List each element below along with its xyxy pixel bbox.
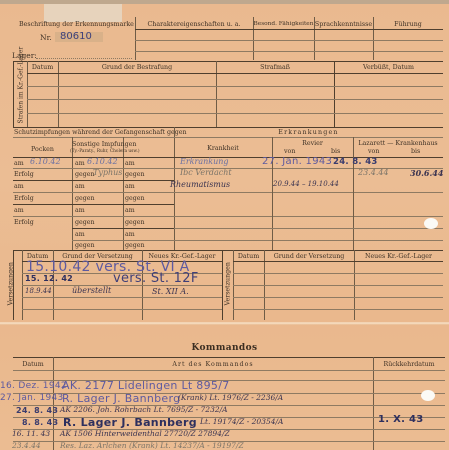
col-sonstige: Sonstige Impfungen: [72, 141, 123, 148]
vac-cell: am: [75, 183, 85, 190]
kommando-6-art: Res. Laz. Arlchen (Krank) Lt. 14237/A - …: [60, 441, 244, 450]
vac-cell: gegen: [75, 171, 95, 178]
col-pocken: Pocken: [13, 146, 72, 153]
transfers-side-label-left: Versetzungen: [8, 266, 15, 306]
kommando-1-date: 16. Dez. 1942: [0, 381, 67, 391]
vac-pocken-date: 6.10.42: [30, 157, 61, 166]
vaccinations-label: Schutzimpfungen während der Gefangenscha…: [14, 129, 187, 136]
nr-label: Nr.: [40, 34, 52, 41]
kommando-4-date: 8. 8. 43: [22, 418, 58, 427]
vac-cell: am: [75, 160, 85, 167]
transfer-2-date: 15. 12. 42: [25, 274, 73, 283]
laz-von: von: [368, 148, 379, 155]
kommando-5-date: 16. 11. 43: [12, 429, 50, 438]
vac-cell: am: [125, 160, 135, 167]
vac-cell: am: [14, 207, 24, 214]
col-k-rueckkehr: Rückkehrdatum: [373, 361, 445, 368]
col-tr2-datum: Datum: [233, 253, 264, 260]
vac-cell: gegen: [125, 242, 145, 249]
illness-1-revier-bis: 24. 8. 43: [333, 157, 378, 167]
vac-cell: am: [14, 183, 24, 190]
vac-cell: gegen: [125, 195, 145, 202]
vac-cell: gegen: [75, 242, 95, 249]
id-tag-label: Beschriftung der Erkennungsmarke: [19, 21, 134, 28]
col-abilities: Besond. Fähigkeiten: [253, 21, 314, 28]
vac-cell: gegen: [125, 171, 145, 178]
lager-field: [36, 58, 132, 59]
vac-cell: am: [75, 231, 85, 238]
vac-cell: am: [125, 183, 135, 190]
vac-other-against: Typhus: [93, 168, 122, 177]
col-character: Charaktereigenschaften u. a.: [135, 21, 253, 28]
kommando-1-art: AK. 2177 Lidelingen Lt 895/7: [62, 379, 230, 392]
vac-cell: Erfolg: [14, 171, 34, 178]
vac-cell: gegen: [125, 219, 145, 226]
laz-bis: bis: [411, 148, 420, 155]
vac-cell: Erfolg: [14, 195, 34, 202]
nr-value: 80610: [60, 31, 92, 42]
punishments-side-label: Strafen im Kr.-Gef.-Lager: [18, 60, 25, 124]
illness-2-laz-von: 23.4.44: [358, 168, 389, 177]
punch-hole: [424, 218, 438, 229]
kommando-5-art: AK 1506 Hinterweidenthal 27720/Z 27894/Z: [60, 429, 230, 438]
kommando-2-art: R. Lager J. Bannberg: [62, 392, 180, 405]
col-krankheit: Krankheit: [174, 145, 272, 152]
transfer-3-camp: St. XII A.: [152, 287, 189, 296]
col-conduct: Führung: [373, 21, 443, 28]
pow-record-card: Beschriftung der Erkennungsmarke Nr. 806…: [0, 0, 449, 450]
illnesses-label: Erkrankungen: [174, 129, 443, 136]
transfer-3-date: 18.9.44: [25, 287, 52, 295]
vac-cell: Erfolg: [14, 219, 34, 226]
kommando-2-date: 27. Jan. 1943: [0, 393, 64, 403]
col-pun-datum: Datum: [27, 64, 58, 71]
col-tr2-grund: Grund der Versetzung: [264, 253, 354, 260]
col-lazarett: Lazarett — Krankenhaus: [353, 140, 443, 147]
col-pun-grund: Grund der Bestrafung: [58, 64, 216, 71]
kommandos-title: Kommandos: [0, 343, 449, 353]
vac-cell: gegen: [75, 195, 95, 202]
vac-other-date: 6.10.42: [87, 157, 118, 166]
col-k-art: Art des Kommandos: [53, 361, 373, 368]
col-pun-strafmass: Strafmaß: [216, 64, 334, 71]
illness-1-revier-von: 27. Jan. 1943: [262, 156, 332, 167]
kommando-3-date: 24. 8. 43: [16, 406, 58, 415]
col-revier: Revier: [272, 140, 353, 147]
illness-1: Erkrankung: [180, 157, 229, 166]
vac-cell: am: [75, 207, 85, 214]
transfer-3-reason: überstellt: [72, 286, 111, 295]
col-pun-verbuesst: Verbüßt, Datum: [334, 64, 443, 71]
transfers-side-label-right: Versetzungen: [225, 266, 232, 306]
vac-cell: am: [14, 160, 24, 167]
revier-von: von: [284, 148, 295, 155]
punch-hole: [421, 390, 435, 401]
revier-bis: bis: [331, 148, 340, 155]
illness-2-laz-bis: 30.6.44: [410, 168, 443, 178]
kommando-4-note: Lt. 19174/Z - 20354/A: [200, 417, 283, 426]
kommando-4-return: 1. X. 43: [378, 414, 424, 425]
illness-3-revier-von: 20.9.44 – 19.10.44: [273, 180, 339, 188]
kommando-2-note: (Krank) Lt. 1976/Z - 2236/A: [178, 393, 283, 402]
illness-2: Ibc Verdacht: [180, 168, 232, 177]
kommando-3-art: AK 2206. Joh. Rohrbach Lt. 7695/Z - 7232…: [60, 405, 228, 414]
col-tr2-lager: Neues Kr.-Gef.-Lager: [354, 253, 443, 260]
kommando-4-art: R. Lager J. Bannberg: [63, 416, 197, 429]
vac-cell: am: [125, 207, 135, 214]
col-languages: Sprachkenntnisse: [314, 21, 373, 28]
col-k-datum: Datum: [13, 361, 53, 368]
kommando-6-date: 23.4.44: [12, 441, 41, 450]
transfer-2-stamp: vers. St. 12F: [113, 271, 199, 286]
illness-3: Rheumatismus: [170, 180, 230, 189]
tape-strip: [44, 4, 122, 22]
vac-cell: am: [125, 231, 135, 238]
col-sonstige-sub: (Ty.-Paraty., Ruhr, Cholera usw.): [70, 148, 125, 155]
fold-crease: [0, 322, 449, 325]
vac-cell: gegen: [75, 219, 95, 226]
